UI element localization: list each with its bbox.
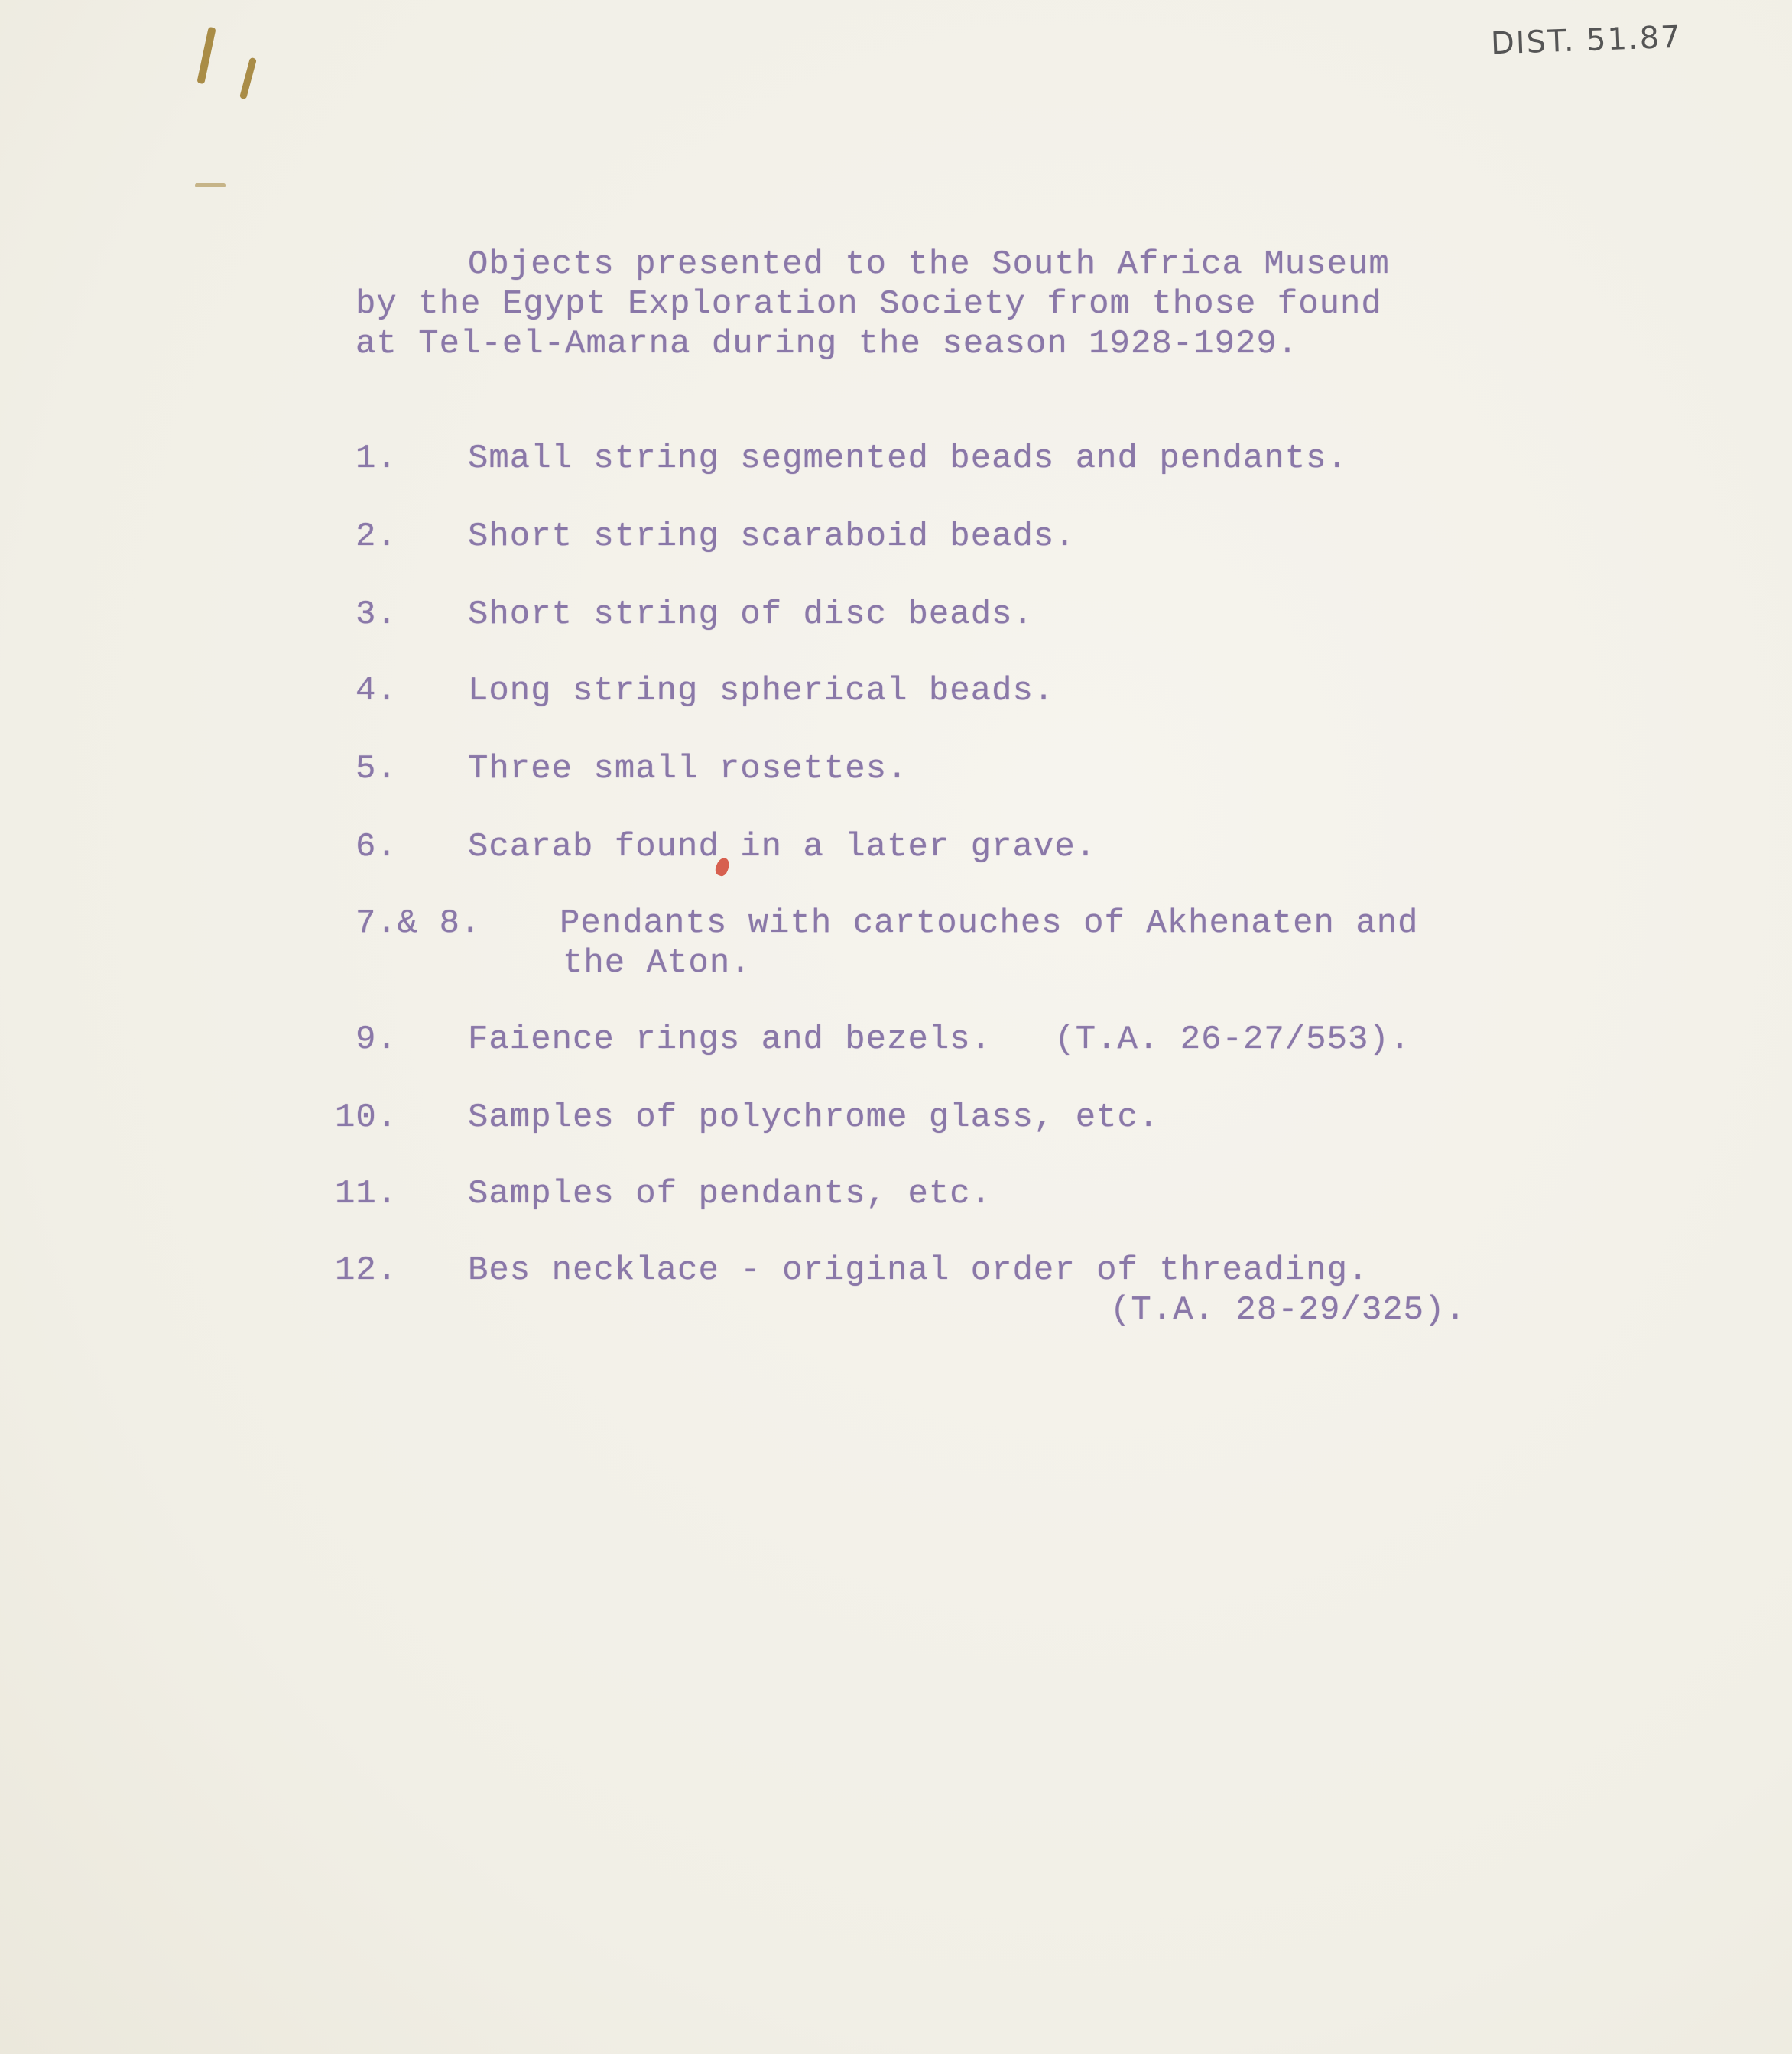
item-number: 10. <box>335 1098 398 1137</box>
item-text: Samples of polychrome glass, etc. <box>468 1098 1159 1137</box>
item-text: Long string spherical beads. <box>468 671 1054 711</box>
item-text: Pendants with cartouches of Akhenaten an… <box>560 904 1419 943</box>
heading-line-1: Objects presented to the South Africa Mu… <box>468 245 1390 284</box>
item-text: Small string segmented beads and pendant… <box>468 439 1348 479</box>
item-number: 9. <box>355 1020 398 1059</box>
item-number: 5. <box>355 749 398 789</box>
heading-line-2: by the Egypt Exploration Society from th… <box>355 284 1382 324</box>
item-text: Three small rosettes. <box>468 749 908 789</box>
heading-line-3: at Tel-el-Amarna during the season 1928-… <box>355 324 1298 364</box>
item-number: 2. <box>355 517 398 556</box>
rust-stain-curve <box>195 183 226 187</box>
item-text-continued: the Aton. <box>563 943 752 983</box>
item-number: 4. <box>355 671 398 711</box>
item-number: 12. <box>335 1251 398 1290</box>
item-text: Scarab found in a later grave. <box>468 827 1096 867</box>
item-number: 1. <box>355 439 398 479</box>
item-text: Bes necklace - original order of threadi… <box>468 1251 1368 1290</box>
item-number: 11. <box>335 1174 398 1214</box>
item-text-continued: (T.A. 28-29/325). <box>1110 1290 1466 1330</box>
catalogue-annotation: DIST. 51.87 <box>1490 20 1682 62</box>
item-number: 6. <box>355 827 398 867</box>
item-number: 3. <box>355 595 398 634</box>
item-text: Short string of disc beads. <box>468 595 1034 634</box>
item-text: Samples of pendants, etc. <box>468 1174 992 1214</box>
item-number: 7.& 8. <box>355 904 481 943</box>
item-text: Faience rings and bezels. (T.A. 26-27/55… <box>468 1020 1411 1059</box>
item-text: Short string scaraboid beads. <box>468 517 1076 556</box>
